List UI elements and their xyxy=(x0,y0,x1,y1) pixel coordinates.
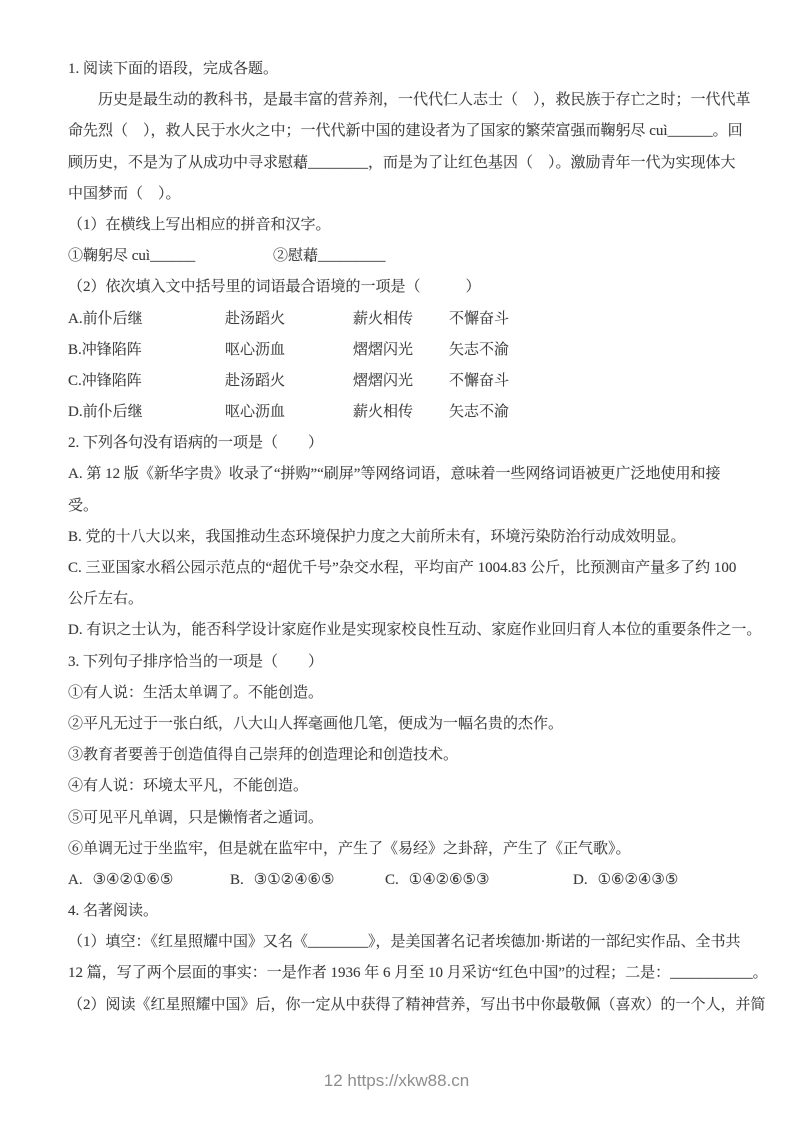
q4-sub1-line-2: 12 篇，写了两个层面的事实：一是作者 1936 年 6 月至 10 月采访“红… xyxy=(68,958,745,989)
q1-sub1-stem: （1）在横线上写出相应的拼音和汉字。 xyxy=(68,210,745,241)
option-word: 前仆后继 xyxy=(83,404,143,420)
option-word: 熠熠闪光 xyxy=(353,335,449,366)
q1-sub2-option-a: A.前仆后继 赴汤蹈火 薪火相传 不懈奋斗 xyxy=(68,304,745,335)
q3-stem: 3. 下列句子排序恰当的一项是（ ） xyxy=(68,647,745,678)
q2-option-a-line-1: A. 第 12 版《新华字贵》收录了“拼购”“刷屏”等网络词语，意味着一些网络词… xyxy=(68,459,745,490)
q3-options-row: A.③④②①⑥⑤ B.③①②④⑥⑤ C.①④②⑥⑤③ D.①⑥②④③⑤ xyxy=(68,865,745,896)
option-label: A. xyxy=(68,872,83,888)
exam-content: 1. 阅读下面的语段，完成各题。 历史是最生动的教科书，是最丰富的营养剂，一代代… xyxy=(0,0,793,1021)
q1-sub2-option-b: B.冲锋陷阵 呕心沥血 熠熠闪光 矢志不渝 xyxy=(68,335,745,366)
option-label: B. xyxy=(68,342,82,358)
option-word: 矢志不渝 xyxy=(449,335,745,366)
q3-sentence-1: ①有人说：生活太单调了。不能创造。 xyxy=(68,678,745,709)
q1-paragraph-line-2: 命先烈（ ），救人民于水火之中；一代代新中国的建设者为了国家的繁荣富强而鞠躬尽 … xyxy=(68,116,745,147)
q1-sub1-emphasized-char: 藉 xyxy=(303,248,318,264)
option-word: 赴汤蹈火 xyxy=(225,304,353,335)
q2-option-b: B. 党的十八大以来，我国推动生态环境保护力度之大前所未有，环境污染防治行动成效… xyxy=(68,522,745,553)
q1-sub2-option-d: D.前仆后继 呕心沥血 薪火相传 矢志不渝 xyxy=(68,397,745,428)
option-word: 冲锋陷阵 xyxy=(82,373,142,389)
option-word: 熠熠闪光 xyxy=(353,366,449,397)
q1-paragraph-line-3: 顾历史，不是为了从成功中寻求慰藉________，而是为了让红色基因（ ）。激励… xyxy=(68,148,745,179)
option-label: B. xyxy=(230,872,244,888)
option-word: 薪火相传 xyxy=(353,304,449,335)
q1-sub1-blank-2: ②慰藉_________ xyxy=(273,241,745,272)
q1-sub1-blank-2-pre: ②慰 xyxy=(273,248,303,264)
q1-sub1-blank-1: ①鞠躬尽 cuì______ xyxy=(68,241,273,272)
option-word: 呕心沥血 xyxy=(225,397,353,428)
q1-emphasized-char: 藉 xyxy=(293,155,308,171)
q4-sub1-line-1: （1）填空：《红星照耀中国》又名《________》，是美国著名记者埃德加·斯诺… xyxy=(68,927,745,958)
q3-sentence-6: ⑥单调无过于坐监牢，但是就在监牢中，产生了《易经》之卦辞，产生了《正气歌》。 xyxy=(68,834,745,865)
q3-option-d: D.①⑥②④③⑤ xyxy=(573,865,745,896)
q1-sub1-blank-2-line: _________ xyxy=(318,248,386,264)
option-word: 不懈奋斗 xyxy=(449,366,745,397)
q4-stem: 4. 名著阅读。 xyxy=(68,896,745,927)
q1-stem: 1. 阅读下面的语段，完成各题。 xyxy=(68,54,745,85)
option-label: D. xyxy=(68,404,83,420)
q1-sub2-stem: （2）依次填入文中括号里的词语最合语境的一项是（ ） xyxy=(68,272,745,303)
option-label: C. xyxy=(385,872,399,888)
option-value: ①④②⑥⑤③ xyxy=(409,872,490,888)
option-cell: A.前仆后继 xyxy=(68,304,225,335)
option-word: 前仆后继 xyxy=(83,311,143,327)
option-cell: C.冲锋陷阵 xyxy=(68,366,225,397)
q1-sub2-option-c: C.冲锋陷阵 赴汤蹈火 熠熠闪光 不懈奋斗 xyxy=(68,366,745,397)
option-label: A. xyxy=(68,311,83,327)
q3-option-c: C.①④②⑥⑤③ xyxy=(385,865,573,896)
option-word: 不懈奋斗 xyxy=(449,304,745,335)
q2-option-d: D. 有识之士认为，能否科学设计家庭作业是实现家校良性互动、家庭作业回归育人本位… xyxy=(68,615,745,646)
option-label: D. xyxy=(573,872,588,888)
q1-paragraph-line-1: 历史是最生动的教科书，是最丰富的营养剂，一代代仁人志士（ ），救民族于存亡之时；… xyxy=(68,85,745,116)
q2-stem: 2. 下列各句没有语病的一项是（ ） xyxy=(68,428,745,459)
q3-sentence-4: ④有人说：环境太平凡，不能创造。 xyxy=(68,771,745,802)
option-word: 薪火相传 xyxy=(353,397,449,428)
q1-sub1-blanks-row: ①鞠躬尽 cuì______ ②慰藉_________ xyxy=(68,241,745,272)
q2-option-c-line-1: C. 三亚国家水稻公园示范点的“超优千号”杂交水程，平均亩产 1004.83 公… xyxy=(68,553,745,584)
q2-option-c-line-2: 公斤左右。 xyxy=(68,584,745,615)
option-value: ①⑥②④③⑤ xyxy=(598,872,679,888)
q2-option-a-line-2: 受。 xyxy=(68,491,745,522)
option-value: ③④②①⑥⑤ xyxy=(93,872,174,888)
option-value: ③①②④⑥⑤ xyxy=(254,872,335,888)
q3-sentence-2: ②平凡无过于一张白纸，八大山人挥毫画他几笔，便成为一幅名贵的杰作。 xyxy=(68,709,745,740)
option-cell: D.前仆后继 xyxy=(68,397,225,428)
option-cell: B.冲锋陷阵 xyxy=(68,335,225,366)
option-word: 呕心沥血 xyxy=(225,335,353,366)
q3-option-b: B.③①②④⑥⑤ xyxy=(230,865,385,896)
option-label: C. xyxy=(68,373,82,389)
q4-sub2-line-1: （2）阅读《红星照耀中国》后，你一定从中获得了精神营养，写出书中你最敬佩（喜欢）… xyxy=(68,990,745,1021)
q3-sentence-5: ⑤可见平凡单调，只是懒惰者之遁词。 xyxy=(68,803,745,834)
exam-page: 1. 阅读下面的语段，完成各题。 历史是最生动的教科书，是最丰富的营养剂，一代代… xyxy=(0,0,793,1122)
page-footer-watermark: 12 https://xkw88.cn xyxy=(0,1071,793,1091)
q3-sentence-3: ③教育者要善于创造值得自己崇拜的创造理论和创造技术。 xyxy=(68,740,745,771)
q1-paragraph-line-4: 中国梦而（ ）。 xyxy=(68,179,745,210)
q3-option-a: A.③④②①⑥⑤ xyxy=(68,865,230,896)
q1-paragraph-line-3-post: ________，而是为了让红色基因（ ）。激励青年一代为实现体大 xyxy=(308,155,736,171)
option-word: 矢志不渝 xyxy=(449,397,745,428)
q1-paragraph-line-3-pre: 顾历史，不是为了从成功中寻求慰 xyxy=(68,155,293,171)
option-word: 冲锋陷阵 xyxy=(82,342,142,358)
option-word: 赴汤蹈火 xyxy=(225,366,353,397)
